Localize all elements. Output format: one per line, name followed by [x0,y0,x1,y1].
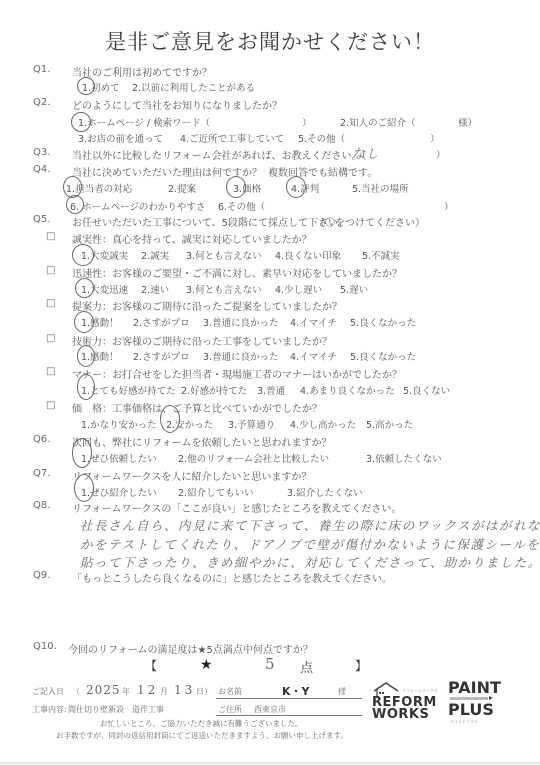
survey-title: 是非ご意見をお聞かせください！ [0,26,540,56]
q5-item-5-option-1[interactable]: 1.とても好感が持てた [81,383,176,397]
q9-answer-area[interactable] [72,585,512,635]
q4-note: 複数回答でも結構です。 [268,164,377,179]
q2-option-4[interactable]: 4.ご近所で工事していて [180,131,284,145]
selected-circle-mark [74,474,94,502]
q4-option-6[interactable]: 6. ホームページのわかりやすさ [70,199,205,213]
q5-item-3-label: 提案力：お客様のご期待に沿ったご提案をしていましたか？ [72,298,342,313]
q5-item-3-option-2[interactable]: 2.さすがプロ [133,315,190,329]
q8-answer-line-3[interactable]: 貼って下さったり、きめ細やかに、対応してくださって、助かりました。 [80,553,540,571]
checkbox-icon: □ [46,366,55,377]
selected-circle-mark [77,77,95,95]
q5-item-1-option-2[interactable]: 2.誠実 [141,248,169,262]
checkbox-icon: □ [46,265,55,276]
date-day-unit: 日） [196,686,212,697]
q7-number: Q7. [33,468,50,479]
q10-text: 今回のリフォームの満足度は★5点満点中何点ですか？ [68,641,313,656]
q2-number: Q2. [33,97,50,108]
selected-circle-mark [226,176,246,198]
address-label: ご住所 [218,704,242,715]
selected-circle-mark [66,195,84,214]
selected-circle-mark [286,176,306,198]
name-value[interactable]: K・Y [282,683,310,699]
q2-option-2[interactable]: 2.知人のご紹介（ [340,115,416,129]
paint-kana: ペイントプラス [450,719,478,725]
q8-answer-line-1[interactable]: 社長さん自ら、内見に来て下さって、養生の際に床のワックスがはがれない [80,516,540,534]
q5-item-3-option-5[interactable]: 5.良くなかった [350,315,416,329]
q5-item-1-option-5[interactable]: 5.不誠実 [362,248,400,262]
q6-number: Q6. [33,434,50,445]
paint-plus-logo: PAINT PLUS ペイントプラス [448,680,518,730]
q9-number: Q9. [33,570,50,581]
q5-item-1-option-3[interactable]: 3.何とも言えない [186,248,262,262]
name-suffix: 様 [338,686,346,697]
q10-bracket-close: 】 [355,657,367,674]
selected-circle-mark [74,311,94,333]
date-year[interactable]: 2025 [86,683,121,697]
q5-item-6-option-5[interactable]: 5.高かった [366,417,413,431]
address-underline [216,715,362,716]
q5-item-6-option-4[interactable]: 4.少し高かった [290,417,356,431]
checkbox-icon: □ [46,231,55,242]
q5-number: Q5. [33,214,50,225]
q10-unit: 点 [300,657,313,676]
reform-kana: リフォームワークス [402,688,438,694]
q5-item-2-label: 迅速性：お客様のご要望・ご不満に対し、素早い対応をしていましたか？ [72,265,402,280]
q5-item-6-option-1[interactable]: 1.かなり安かった [81,417,157,431]
q8-answer-line-2[interactable]: かをテストしてくれたり、ドアノブで壁が傷付かないように保護シールを [80,535,540,553]
page-bottom-edge [0,762,540,764]
q5-item-5-option-5[interactable]: 5.良くない [403,383,450,397]
q10-bracket-open: 【 [145,657,157,674]
q6-option-1[interactable]: 1.ぜひ依頼したい [81,451,157,465]
q5-item-6-option-3[interactable]: 3.予算通り [228,417,275,431]
selected-circle-mark [160,405,180,433]
work-value: 間仕切り壁新設 造作工事 [68,704,164,715]
q1-option-2[interactable]: 2.以前に利用したことがある [132,80,255,94]
selected-circle-mark [71,112,91,132]
q9-text: 「もっとこうしたら良くなるのに」と感じたところを教えてください。 [72,570,392,585]
q6-option-3[interactable]: 3.依頼したくない [366,451,442,465]
q6-option-2[interactable]: 2.他のリフォーム会社と比較したい [178,451,329,465]
selected-circle-mark [72,438,92,468]
work-label: 工事内容: [32,704,67,715]
q2-option-1[interactable]: 1.ホームページ / 検索ワード（ [78,115,210,129]
thanks-line-2: お手数ですが、同封の返信用封筒にてご返送いただきますよう、お願い申し上げます。 [56,730,348,741]
q4-option-2[interactable]: 2.提案 [168,181,196,195]
selected-circle-mark [75,278,94,298]
date-month[interactable]: 12 [137,683,158,697]
reform-works-logo: リフォームワークス REFORM WORKS [372,682,452,728]
address-value[interactable]: 西東京市 [254,704,286,715]
q5-item-5-option-4[interactable]: 4.あまり良くなかった [300,383,395,397]
q5-item-1-option-4[interactable]: 4.良くない印象 [275,248,341,262]
q2-text: どのようにして当社をお知りになりましたか？ [72,97,282,112]
q5-item-1-label: 誠実性：真心を持って、誠実に対応していましたか？ [72,231,312,246]
star-icon: ★ [200,657,213,673]
q5-item-6-label: 価 格：工事価格は、ご予算と比べていかがでしたか？ [72,400,322,415]
q5-item-5-option-2[interactable]: 2.好感が持てた [181,383,247,397]
q4-option-other-close: ） [444,199,454,213]
date-day[interactable]: 13 [174,683,195,697]
date-label: ご記入日 [32,686,64,697]
q2-option-2-close: 様） [458,115,477,129]
selected-circle-mark [72,244,94,266]
q5-text: お任せいただいた工事について、5段階にて採点して下さい。 [72,214,348,229]
q1-number: Q1. [33,64,50,75]
q4-number: Q4. [33,164,50,175]
name-underline [216,698,362,699]
q5-item-2-option-4[interactable]: 4.少し遅い [275,282,322,296]
q5-item-5-option-3[interactable]: 3.普通 [257,383,285,397]
plus-text: PLUS [448,702,494,717]
date-month-unit: 月 [160,686,168,697]
date-open: （ [72,686,80,697]
works-text: WORKS [372,709,429,721]
q5-item-2-option-2[interactable]: 2.速い [141,282,169,296]
q2-option-1-close: ） [302,115,312,129]
q3-close: ） [436,147,446,161]
q10-number: Q10. [33,641,57,652]
q7-text: リフォームワークスを人に紹介したいと思いますか？ [72,468,311,483]
name-label: お名前 [218,686,242,697]
q2-option-3[interactable]: 3.お店の前を通って [78,131,163,145]
q1-text: 当社のご利用は初めてですか？ [72,64,212,79]
q5-item-5-label: マナー：お打合せをした担当者・現場施工者のマナーはいかがでしたか？ [72,366,402,381]
q5-item-4-option-4[interactable]: 4.イマイチ [290,349,337,363]
date-year-unit: 年 [122,686,130,697]
q5-item-2-option-5[interactable]: 5.遅い [340,282,368,296]
paint-text: PAINT [448,680,501,695]
thanks-line-1: お忙しいところ、ご協力いただき誠に有難うございました。 [100,718,303,729]
q2-option-5-close: ） [430,131,440,145]
q5-item-3-option-4[interactable]: 4.イマイチ [290,315,337,329]
q8-number: Q8. [33,500,50,511]
q7-option-2[interactable]: 2.紹介してもいい [178,485,254,499]
q5-item-3-option-3[interactable]: 3.普通に良かった [203,315,279,329]
q8-text: リフォームワークスの「ここが良い」と感じたところを教えてください。 [72,500,401,515]
q5-item-2-option-3[interactable]: 3.何とも言えない [186,282,262,296]
q5-item-4-option-3[interactable]: 3.普通に良かった [203,349,279,363]
q7-option-3[interactable]: 3.紹介したくない [287,485,363,499]
q3-answer[interactable]: なし [352,144,380,162]
checkbox-icon: □ [46,298,55,309]
selected-circle-mark [77,374,95,400]
q10-score[interactable]: 5 [265,655,276,673]
checkbox-icon: □ [46,333,55,344]
q2-option-5[interactable]: 5.その他（ [298,131,345,145]
q4-option-5[interactable]: 5.当社の場所 [352,181,409,195]
q5-item-4-option-2[interactable]: 2.さすがプロ [133,349,190,363]
q3-text: 当社以外に比較したリフォーム会社があれば、お教えください。（ [72,147,367,162]
q4-option-other[interactable]: 6.その他（ [218,199,265,213]
q5-item-4-label: 技術力：お客様のご期待に沿った工事をしていましたか？ [72,333,332,348]
checkbox-icon: □ [46,400,55,411]
q5-item-4-option-5[interactable]: 5.良くなかった [350,349,416,363]
q3-number: Q3. [33,147,50,158]
q6-text: 次回も、弊社にリフォームを依頼したいと思われますか？ [72,434,332,449]
selected-circle-mark [77,345,95,367]
q5-note: （〇をつけてください） [315,214,425,229]
